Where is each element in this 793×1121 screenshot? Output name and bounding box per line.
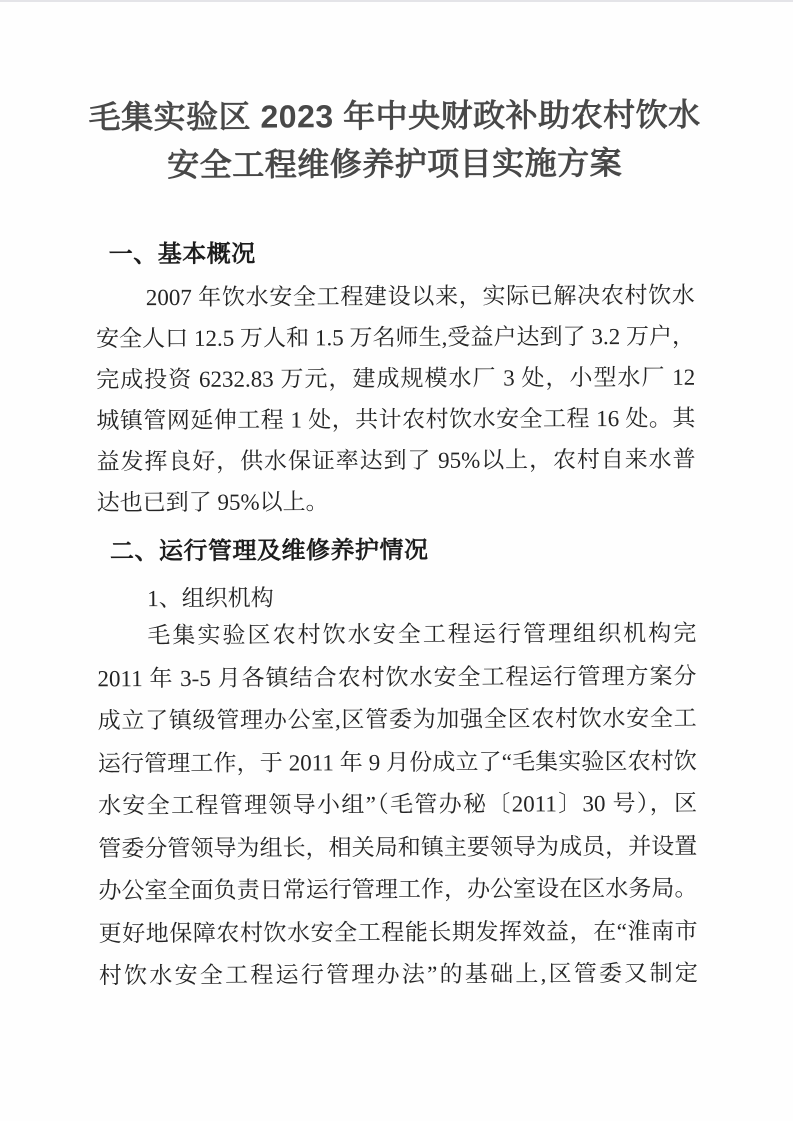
document-title-line-2: 安全工程维修养护项目实施方案 <box>0 138 791 189</box>
paragraph-line: 更好地保障农村饮水安全工程能长期发挥效益，在“淮南市农 <box>99 910 698 955</box>
paragraph-line: 城镇管网延伸工程 1 处，共计农村饮水安全工程 16 处。其效 <box>96 398 695 442</box>
document-content: 毛集实验区 2023 年中央财政补助农村饮水 安全工程维修养护项目实施方案 一、… <box>0 0 793 1121</box>
document-title: 毛集实验区 2023 年中央财政补助农村饮水 安全工程维修养护项目实施方案 <box>0 90 791 189</box>
paragraph-line: 办公室全面负责日常运行管理工作，办公室设在区水务局。为 <box>98 868 697 913</box>
section2-paragraph: 毛集实验区农村饮水安全工程运行管理组织机构完整， 2011 年 3-5 月各镇结… <box>97 613 698 998</box>
section1-heading: 一、基本概况 <box>109 241 256 270</box>
paragraph-line: 水安全工程管理领导小组”（毛管办秘〔2011〕30 号），区 <box>98 783 697 828</box>
paragraph-line: 运行管理工作，于 2011 年 9 月份成立了“毛集实验区农村饮 <box>98 740 697 785</box>
paragraph-line: 益发挥良好，供水保证率达到了 95%以上，农村自来水普及率 <box>96 439 695 483</box>
paragraph-line: 安全人口 12.5 万人和 1.5 万名师生,受益户达到了 3.2 万户， <box>96 316 695 360</box>
paragraph-line: 管委分管领导为组长，相关局和镇主要领导为成员，并设置了 <box>98 825 697 870</box>
paragraph-line: 2011 年 3-5 月各镇结合农村饮水安全工程运行管理方案分别 <box>97 655 696 700</box>
section1-paragraph: 2007 年饮水安全工程建设以来，实际已解决农村饮水不 安全人口 12.5 万人… <box>96 275 696 524</box>
paragraph-line: 达也已到了 95%以上。 <box>97 480 696 524</box>
paragraph-line: 毛集实验区农村饮水安全工程运行管理组织机构完整， <box>97 613 696 658</box>
scanned-document-page: 毛集实验区 2023 年中央财政补助农村饮水 安全工程维修养护项目实施方案 一、… <box>0 0 793 1121</box>
section2-heading: 二、运行管理及维修养护情况 <box>110 537 429 566</box>
document-title-line-1: 毛集实验区 2023 年中央财政补助农村饮水 <box>0 90 791 141</box>
paragraph-line: 村饮水安全工程运行管理办法”的基础上,区管委又制定了“毛 <box>99 953 698 998</box>
paragraph-line: 成立了镇级管理办公室,区管委为加强全区农村饮水安全工程 <box>98 698 697 743</box>
paragraph-line: 完成投资 6232.83 万元，建成规模水厂 3 处，小型水厂 12 处， <box>96 357 695 401</box>
paragraph-line: 2007 年饮水安全工程建设以来，实际已解决农村饮水不 <box>96 275 695 319</box>
